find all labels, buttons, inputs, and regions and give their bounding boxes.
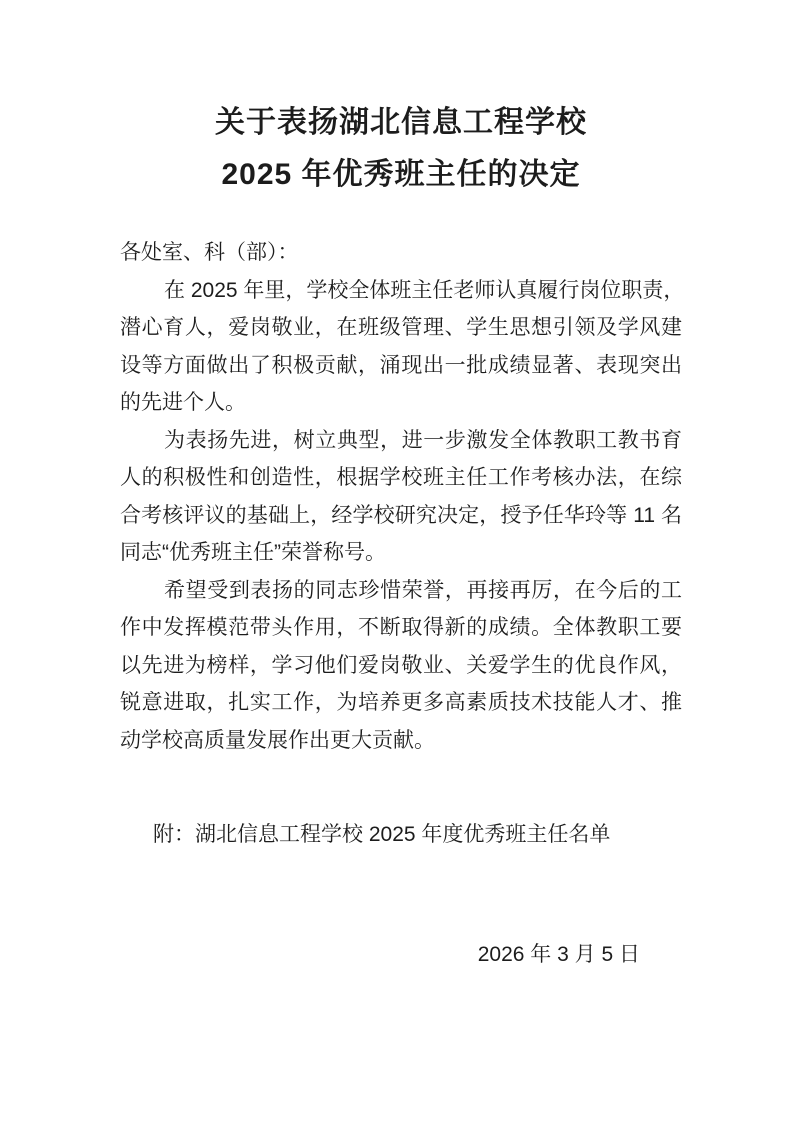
- body-line: 的先进个人。: [120, 384, 682, 422]
- title-line-2: 2025 年优秀班主任的决定: [120, 149, 682, 201]
- body-line: 设等方面做出了积极贡献，涌现出一批成绩显著、表现突出: [120, 347, 682, 385]
- body-line: 在 2025 年里，学校全体班主任老师认真履行岗位职责，: [120, 272, 682, 310]
- document-content: 关于表扬湖北信息工程学校 2025 年优秀班主任的决定 各处室、科（部）： 在 …: [120, 0, 682, 973]
- body-line: 希望受到表扬的同志珍惜荣誉，再接再厉，在今后的工: [120, 572, 682, 610]
- title-line-1: 关于表扬湖北信息工程学校: [120, 97, 682, 149]
- attachment-note: 附：湖北信息工程学校 2025 年度优秀班主任名单: [120, 816, 682, 854]
- body-line: 为表扬先进，树立典型，进一步激发全体教职工教书育: [120, 422, 682, 460]
- document-title: 关于表扬湖北信息工程学校 2025 年优秀班主任的决定: [120, 97, 682, 201]
- body-line: 作中发挥模范带头作用，不断取得新的成绩。全体教职工要: [120, 609, 682, 647]
- body-line: 动学校高质量发展作出更大贡献。: [120, 722, 682, 760]
- body-line: 人的积极性和创造性，根据学校班主任工作考核办法，在综: [120, 459, 682, 497]
- body-line: 以先进为榜样，学习他们爱岗敬业、关爱学生的优良作风，: [120, 647, 682, 685]
- body-line: 潜心育人，爱岗敬业，在班级管理、学生思想引领及学风建: [120, 309, 682, 347]
- salutation: 各处室、科（部）：: [120, 234, 682, 272]
- document-date: 2026 年 3 月 5 日: [120, 936, 682, 974]
- body-line: 合考核评议的基础上，经学校研究决定，授予任华玲等 11 名: [120, 497, 682, 535]
- body-line: 锐意进取，扎实工作，为培养更多高素质技术技能人才、推: [120, 684, 682, 722]
- document-page: 关于表扬湖北信息工程学校 2025 年优秀班主任的决定 各处室、科（部）： 在 …: [0, 0, 800, 1131]
- document-body: 各处室、科（部）： 在 2025 年里，学校全体班主任老师认真履行岗位职责， 潜…: [120, 234, 682, 759]
- body-line: 同志“优秀班主任”荣誉称号。: [120, 534, 682, 572]
